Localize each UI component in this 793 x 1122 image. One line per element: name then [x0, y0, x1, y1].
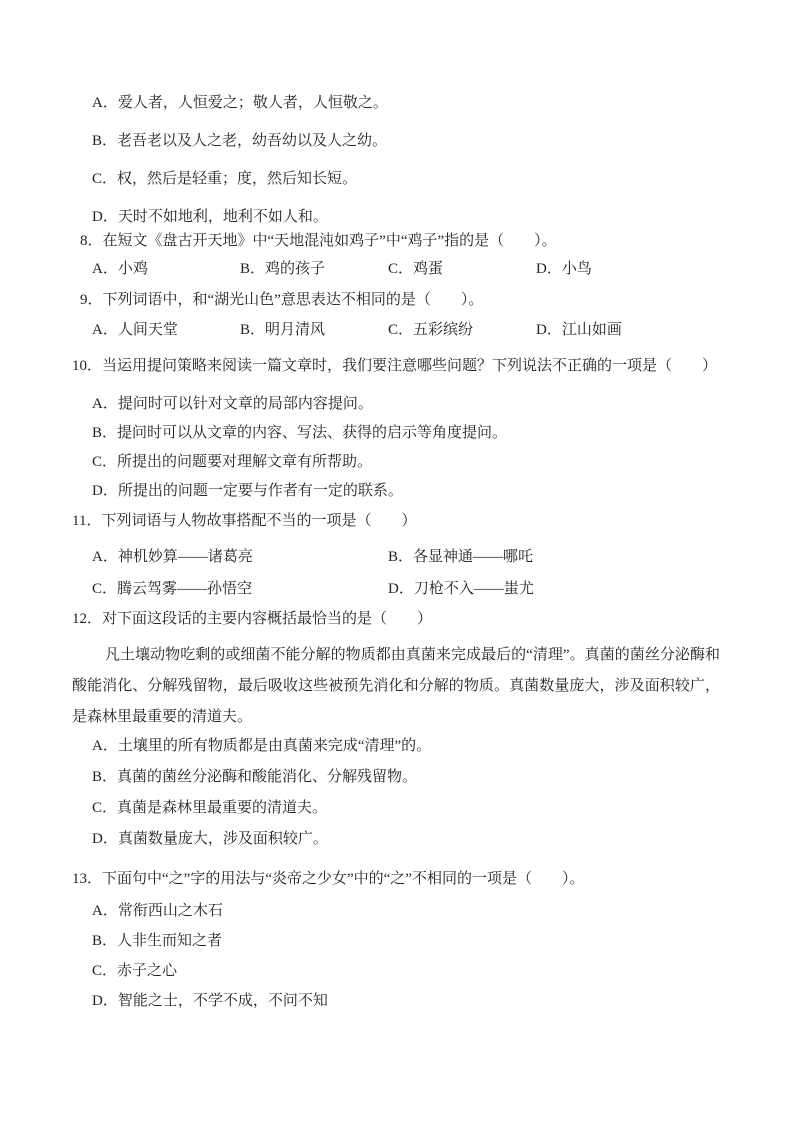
q11-options-row-2: C．腾云驾雾——孙悟空 D．刀枪不入——蚩尤	[72, 578, 720, 600]
exam-content: A．爱人者，人恒爱之；敬人者，人恒敬之。 B．老吾老以及人之老，幼吾幼以及人之幼…	[0, 0, 793, 1012]
q13-option-d: D．智能之士，不学不成，不问不知	[72, 990, 720, 1012]
q9-options-row: A．人间天堂 B．明月清风 C．五彩缤纷 D．江山如画	[72, 319, 720, 341]
q11-option-d: D．刀枪不入——蚩尤	[388, 578, 720, 600]
q13-option-b: B．人非生而知之者	[72, 930, 720, 952]
q7-option-a: A．爱人者，人恒爱之；敬人者，人恒敬之。	[72, 92, 720, 114]
q12-option-c: C．真菌是森林里最重要的清道夫。	[72, 797, 720, 819]
q11-options-row-1: A．神机妙算——诸葛亮 B．各显神通——哪吒	[72, 546, 720, 568]
q10-stem: 10．当运用提问策略来阅读一篇文章时，我们要注意哪些问题？下列说法不正确的一项是…	[72, 355, 720, 377]
q13-option-c: C．赤子之心	[72, 960, 720, 982]
q11-option-b: B．各显神通——哪吒	[388, 546, 720, 568]
q10-option-c: C．所提出的问题要对理解文章有所帮助。	[72, 451, 720, 473]
q9-option-a: A．人间天堂	[92, 319, 240, 341]
q11-option-c: C．腾云驾雾——孙悟空	[92, 578, 388, 600]
q9-stem: 9．下列词语中，和“湖光山色”意思表达不相同的是（ ）。	[72, 289, 720, 311]
q8-option-b: B．鸡的孩子	[240, 258, 388, 280]
q9-option-c: C．五彩缤纷	[388, 319, 536, 341]
q10-option-a: A．提问时可以针对文章的局部内容提问。	[72, 393, 720, 415]
q10-option-d: D．所提出的问题一定要与作者有一定的联系。	[72, 480, 720, 502]
q7-option-d: D．天时不如地利，地利不如人和。	[72, 206, 720, 228]
q8-option-a: A．小鸡	[92, 258, 240, 280]
q10-option-b: B．提问时可以从文章的内容、写法、获得的启示等角度提问。	[72, 422, 720, 444]
q8-options-row: A．小鸡 B．鸡的孩子 C．鸡蛋 D．小鸟	[72, 258, 720, 280]
q7-option-b: B．老吾老以及人之老，幼吾幼以及人之幼。	[72, 130, 720, 152]
q8-option-c: C．鸡蛋	[388, 258, 536, 280]
q11-option-a: A．神机妙算——诸葛亮	[92, 546, 388, 568]
exam-page: A．爱人者，人恒爱之；敬人者，人恒敬之。 B．老吾老以及人之老，幼吾幼以及人之幼…	[0, 0, 793, 1122]
q12-option-d: D．真菌数量庞大，涉及面积较广。	[72, 828, 720, 850]
q13-stem: 13．下面句中“之”字的用法与“炎帝之少女”中的“之”不相同的一项是（ ）。	[72, 868, 720, 890]
q9-option-d: D．江山如画	[536, 319, 720, 341]
q9-option-b: B．明月清风	[240, 319, 388, 341]
q11-stem: 11．下列词语与人物故事搭配不当的一项是（ ）	[72, 510, 720, 532]
q12-passage: 凡土壤动物吃剩的或细菌不能分解的物质都由真菌来完成最后的“清理”。真菌的菌丝分泌…	[72, 640, 720, 733]
q13-option-a: A．常衔西山之木石	[72, 900, 720, 922]
q8-stem: 8．在短文《盘古开天地》中“天地混沌如鸡子”中“鸡子”指的是（ ）。	[72, 230, 720, 252]
q12-stem: 12．对下面这段话的主要内容概括最恰当的是（ ）	[72, 608, 720, 630]
q8-option-d: D．小鸟	[536, 258, 720, 280]
q12-option-b: B．真菌的菌丝分泌酶和酸能消化、分解残留物。	[72, 766, 720, 788]
q12-option-a: A．土壤里的所有物质都是由真菌来完成“清理”的。	[72, 735, 720, 757]
q7-option-c: C．权，然后是轻重；度，然后知长短。	[72, 168, 720, 190]
